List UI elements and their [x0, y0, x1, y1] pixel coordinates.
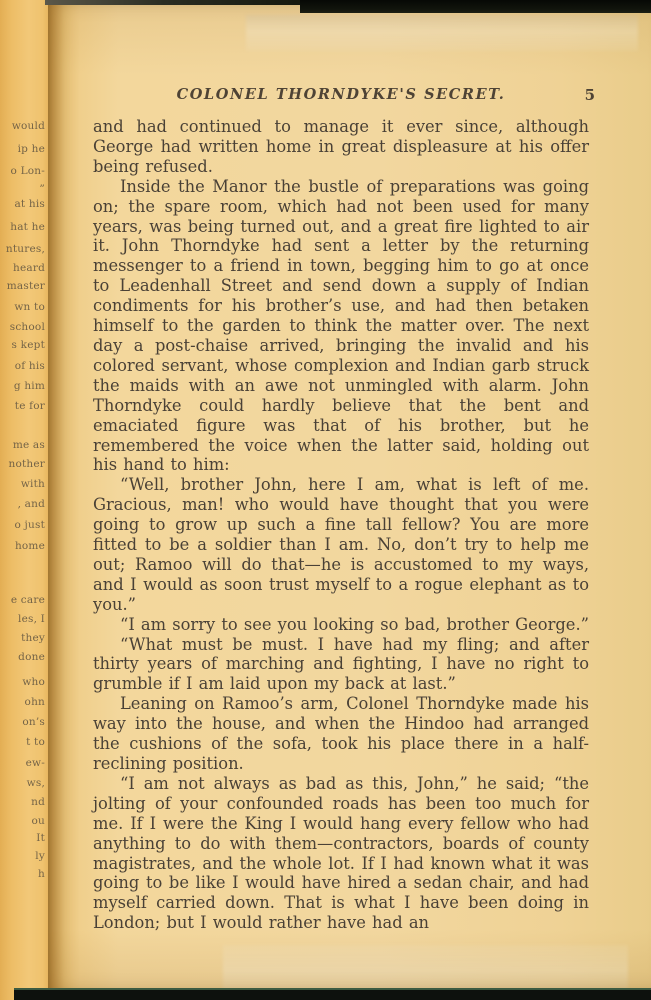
page-edge-text-fragment: of his — [15, 360, 45, 372]
page-edge-text-fragment: nd — [31, 796, 45, 808]
page-edge-text-fragment: ew- — [26, 757, 45, 769]
scan-streak-artifact — [246, 15, 638, 51]
running-title: COLONEL THORNDYKE'S SECRET. — [93, 86, 589, 103]
paragraph: “What must be must. I have had my fling;… — [93, 635, 589, 695]
page-edge-text-fragment: o just — [15, 519, 46, 531]
page-edge-text-fragment: ws, — [27, 777, 45, 789]
page-edge-text-fragment: It — [36, 832, 45, 844]
page-edge-text-fragment: nother — [9, 458, 46, 470]
page-edge-text-fragment: t to — [26, 736, 45, 748]
page-edge-text-fragment: e care — [11, 594, 45, 606]
page-edge-text-fragment: ohn — [25, 696, 45, 708]
paragraph: “Well, brother John, here I am, what is … — [93, 475, 589, 614]
page-edge-text-fragment: on’s — [22, 716, 45, 728]
page-edge-text-fragment: done — [18, 651, 45, 663]
page-edge-text-fragment: hat he — [10, 221, 45, 233]
book-cover-edge-bottom — [14, 988, 651, 1000]
page-edge-text-fragment: who — [22, 676, 45, 688]
page-edge-text-fragment: master — [7, 280, 45, 292]
page-edge-text-fragment: o Lon- — [11, 165, 45, 177]
facing-page-fore-edge: wouldip heo Lon-”at hishat hentures,hear… — [0, 0, 52, 1000]
text-block: and had continued to manage it ever sinc… — [93, 117, 589, 933]
page-edge-text-fragment: ou — [32, 815, 45, 827]
paragraph: Leaning on Ramoo’s arm, Colonel Thorndyk… — [93, 694, 589, 774]
page-header: COLONEL THORNDYKE'S SECRET. 5 — [93, 86, 589, 108]
page-edge-text-fragment: wn to — [14, 301, 45, 313]
page-number: 5 — [585, 86, 595, 104]
page-edge-text-fragment: would — [12, 120, 45, 132]
page-edge-text-fragment: ly — [35, 850, 45, 862]
paragraph: and had continued to manage it ever sinc… — [93, 117, 589, 177]
book-cover-edge-top — [300, 0, 651, 13]
page-edge-text-fragment: they — [21, 632, 45, 644]
page-edge-text-fragment: te for — [15, 400, 45, 412]
book-scan: wouldip heo Lon-”at hishat hentures,hear… — [0, 0, 651, 1000]
page-edge-text-fragment: ” — [39, 183, 45, 195]
page-edge-text-fragment: ntures, — [6, 243, 45, 255]
page-edge-text-fragment: h — [38, 868, 45, 880]
scan-streak-artifact — [223, 945, 628, 991]
page-edge-text-fragment: home — [15, 540, 45, 552]
page-edge-text-fragment: ip he — [18, 143, 45, 155]
page-edge-text-fragment: les, I — [18, 613, 45, 625]
page-edge-text-fragment: me as — [13, 439, 45, 451]
page-edge-text-fragment: at his — [14, 198, 45, 210]
page-edge-text-fragment: s kept — [12, 339, 45, 351]
paragraph: Inside the Manor the bustle of preparati… — [93, 177, 589, 476]
page-edge-text-fragment: g him — [14, 380, 45, 392]
paragraph: “I am not always as bad as this, John,” … — [93, 774, 589, 933]
page-edge-text-fragment: school — [10, 321, 45, 333]
page-edge-text-fragment: heard — [13, 262, 45, 274]
page-edge-text-fragment: with — [21, 478, 45, 490]
book-cover-edge-top — [45, 0, 310, 5]
page-edge-text-fragment: , and — [18, 498, 45, 510]
paragraph: “I am sorry to see you looking so bad, b… — [93, 615, 589, 635]
